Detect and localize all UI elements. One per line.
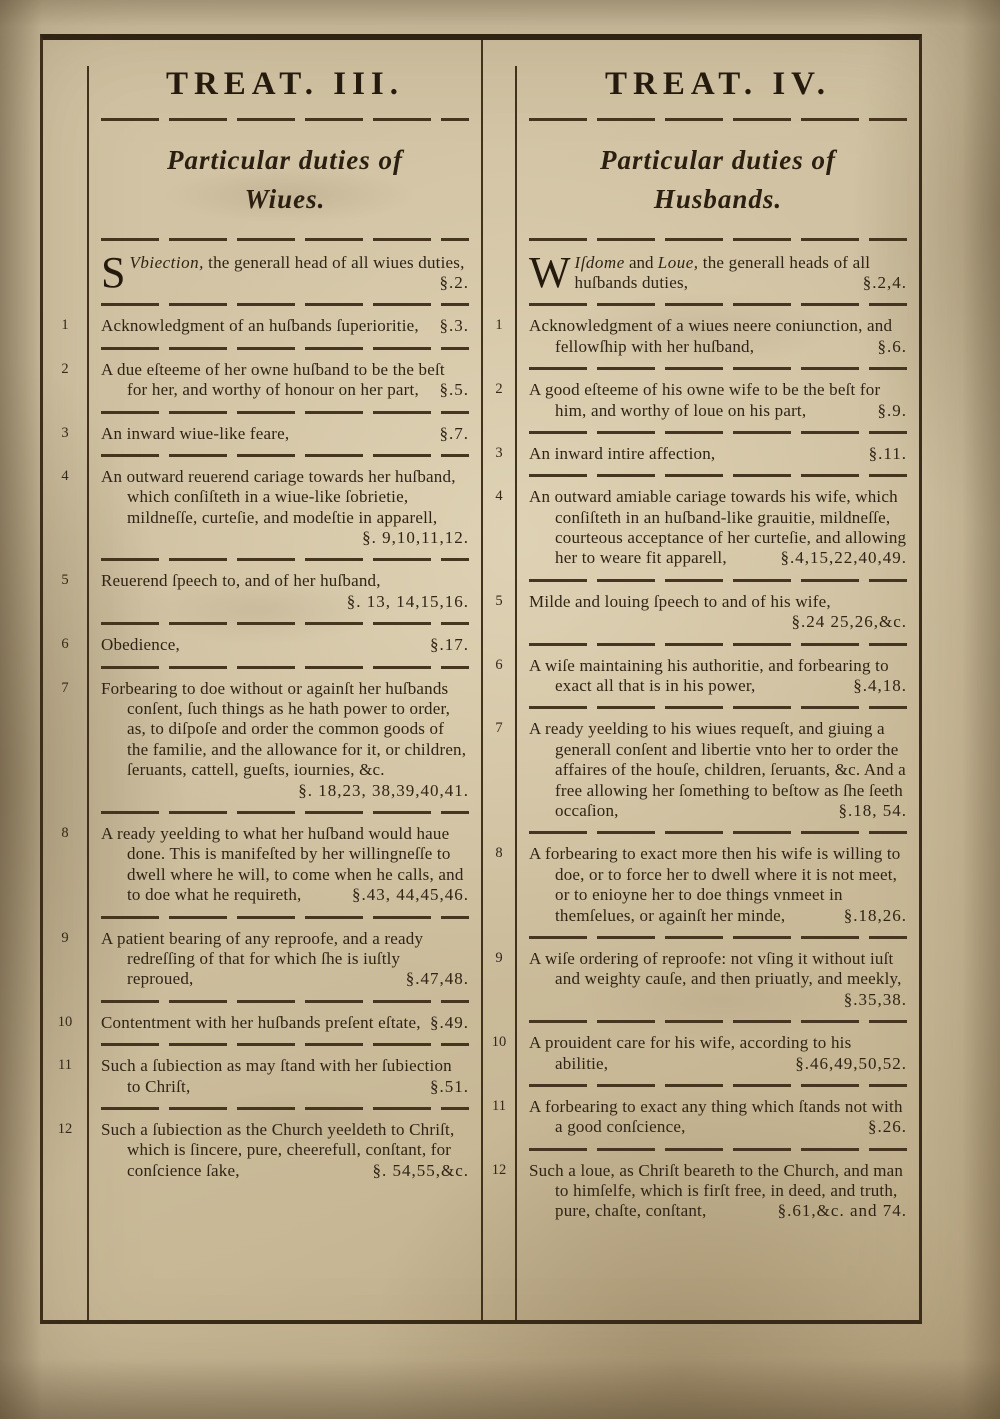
entry-text: An inward wiue-like feare,	[101, 424, 289, 443]
divider	[101, 622, 469, 625]
entry-text: Obedience,	[101, 635, 180, 654]
section-ref: §.2.	[440, 273, 470, 293]
section-ref: §.11.	[895, 444, 907, 464]
entry-text: A patient bearing of any reproofe, and a…	[101, 929, 423, 989]
toc-entry: 1 Acknowledgment of a wiues neere coniun…	[529, 303, 907, 357]
divider	[529, 118, 907, 121]
entry-number: 4	[43, 468, 87, 485]
entry-number: 8	[483, 845, 515, 862]
divider	[101, 347, 469, 350]
section-ref: §. 9,10,11,12.	[388, 528, 469, 548]
subtitle-line: Wiues.	[245, 184, 326, 214]
entry-number: 7	[43, 680, 87, 697]
entry-text: Contentment with her huſbands preſent eſ…	[101, 1013, 421, 1032]
subtitle-line: Particular duties of	[167, 145, 403, 175]
divider	[529, 238, 907, 241]
divider	[101, 1000, 469, 1003]
entry-text: A good eſteeme of his owne wife to be th…	[529, 380, 880, 419]
section-ref: §. 13, 14,15,16.	[373, 592, 469, 612]
toc-entry: 4 An outward reuerend cariage towards he…	[101, 454, 469, 549]
contents-table: TREAT. III. Particular duties of Wiues. …	[40, 34, 922, 1324]
entry-number: 2	[483, 381, 515, 398]
toc-entry: 1 Acknowledgment of an huſbands ſuperior…	[101, 303, 469, 336]
section-ref: §.7.	[466, 424, 470, 444]
toc-entry: 6 Obedience, §.17.	[101, 622, 469, 655]
toc-entry: 8 A forbearing to exact more then his wi…	[529, 831, 907, 926]
divider	[101, 454, 469, 457]
divider	[101, 666, 469, 669]
divider	[101, 1107, 469, 1110]
entry-number: 5	[483, 593, 515, 610]
section-ref: §.26.	[894, 1117, 907, 1137]
section-ref: §.24 25,26,&c.	[817, 612, 907, 632]
entry-text: Forbearing to doe without or againſt her…	[101, 679, 466, 780]
treatise-iv-column: TREAT. IV. Particular duties of Husbands…	[481, 40, 919, 1320]
entry-text: A due eſteeme of her owne huſband to be …	[101, 360, 445, 399]
section-ref: §.6.	[904, 337, 908, 357]
divider	[529, 706, 907, 709]
entry-number: 4	[483, 488, 515, 505]
toc-intro-entry: SVbiection, the generall head of all wiu…	[101, 238, 469, 294]
entry-text: Acknowledgment of an huſbands ſuperiorit…	[101, 316, 419, 335]
toc-entry: 11 A forbearing to exact any thing which…	[529, 1084, 907, 1138]
entry-number: 11	[43, 1057, 87, 1074]
entry-text: Acknowledgment of a wiues neere coniunct…	[529, 316, 892, 355]
toc-entry: 9 A wiſe ordering of reproofe: not vſing…	[529, 936, 907, 1010]
subtitle-line: Husbands.	[654, 184, 782, 214]
entry-number: 5	[43, 572, 87, 589]
section-ref: §.2,4.	[863, 273, 907, 293]
entry-text: A wiſe ordering of reproofe: not vſing i…	[529, 949, 902, 988]
toc-entry: 10 A prouident care for his wife, accord…	[529, 1020, 907, 1074]
divider	[529, 643, 907, 646]
divider	[529, 1084, 907, 1087]
column-subtitle: Particular duties of Wiues.	[101, 141, 469, 219]
intro-keyword: Vbiection,	[129, 253, 203, 272]
divider	[101, 558, 469, 561]
treatise-title: TREAT. IV.	[529, 66, 907, 102]
entry-number: 1	[43, 317, 87, 334]
treatise-iii-column: TREAT. III. Particular duties of Wiues. …	[43, 40, 481, 1320]
toc-entry: 2 A good eſteeme of his owne wife to be …	[529, 367, 907, 421]
toc-entry: 6 A wiſe maintaining his authoritie, and…	[529, 643, 907, 697]
divider	[529, 303, 907, 306]
entry-number: 11	[483, 1098, 515, 1115]
toc-entry: 12 Such a ſubiection as the Church yeeld…	[101, 1107, 469, 1181]
entry-text: A wiſe maintaining his authoritie, and f…	[529, 656, 889, 695]
intro-keyword: Loue,	[658, 253, 699, 272]
subtitle-line: Particular duties of	[600, 145, 836, 175]
section-ref: §.17.	[456, 635, 469, 655]
toc-entry: 7 Forbearing to doe without or againſt h…	[101, 666, 469, 801]
entry-number: 10	[483, 1034, 515, 1051]
entry-text: An outward reuerend cariage towards her …	[101, 467, 456, 527]
divider	[101, 411, 469, 414]
toc-entry: 5 Milde and louing ſpeech to and of his …	[529, 579, 907, 633]
section-ref: §.43, 44,45,46.	[378, 885, 469, 905]
entry-number: 12	[483, 1162, 515, 1179]
section-ref: §.4,15,22,40,49.	[807, 548, 908, 568]
toc-entry: 10 Contentment with her huſbands preſent…	[101, 1000, 469, 1033]
section-ref: §. 18,23, 38,39,40,41.	[324, 781, 469, 801]
treatise-title: TREAT. III.	[101, 66, 469, 102]
toc-entry: 3 An inward wiue-like feare, §.7.	[101, 411, 469, 444]
toc-entry: 8 A ready yeelding to what her huſband w…	[101, 811, 469, 906]
entry-text: Reuerend ſpeech to, and of her huſband,	[101, 571, 381, 590]
section-ref: §.61,&c. and 74.	[804, 1201, 907, 1221]
divider	[529, 579, 907, 582]
section-ref: §.5.	[466, 380, 470, 400]
entry-number: 1	[483, 317, 515, 334]
divider	[529, 1020, 907, 1023]
toc-entry: 4 An outward amiable cariage towards his…	[529, 474, 907, 569]
toc-entry: 12 Such a loue, as Chriſt beareth to the…	[529, 1148, 907, 1222]
column-subtitle: Particular duties of Husbands.	[529, 141, 907, 219]
entry-number: 6	[43, 636, 87, 653]
section-ref: §. 54,55,&c.	[398, 1161, 469, 1181]
divider	[101, 238, 469, 241]
section-ref: §.3.	[466, 316, 470, 336]
section-ref: §.49.	[456, 1013, 469, 1033]
toc-entry: 2 A due eſteeme of her owne huſband to b…	[101, 347, 469, 401]
entry-number: 9	[483, 950, 515, 967]
entry-number: 2	[43, 361, 87, 378]
entry-number: 3	[483, 445, 515, 462]
toc-entry: 11 Such a ſubiection as may ſtand with h…	[101, 1043, 469, 1097]
divider	[529, 431, 907, 434]
section-ref: §.46,49,50,52.	[821, 1054, 907, 1074]
section-ref: §.9.	[904, 401, 908, 421]
section-ref: §.18,26.	[870, 906, 907, 926]
divider	[101, 811, 469, 814]
divider	[101, 118, 469, 121]
divider	[529, 936, 907, 939]
entry-text: the generall head of all wiues duties,	[208, 253, 464, 272]
entry-number: 12	[43, 1121, 87, 1138]
entry-text: Such a ſubiection as may ſtand with her …	[101, 1056, 452, 1095]
section-ref: §.47,48.	[432, 969, 469, 989]
divider	[101, 303, 469, 306]
toc-entry: 7 A ready yeelding to his wiues requeſt,…	[529, 706, 907, 821]
divider	[101, 1043, 469, 1046]
entry-number: 8	[43, 825, 87, 842]
entry-text: An inward intire affection,	[529, 444, 715, 463]
toc-entry: 5 Reuerend ſpeech to, and of her huſband…	[101, 558, 469, 612]
entry-text: Milde and louing ſpeech to and of his wi…	[529, 592, 831, 611]
divider	[529, 1148, 907, 1151]
section-ref: §.35,38.	[870, 990, 907, 1010]
intro-keyword: Iſdome	[575, 253, 625, 272]
entry-text: A forbearing to exact any thing which ſt…	[529, 1097, 903, 1136]
entry-number: 9	[43, 930, 87, 947]
toc-entry: 9 A patient bearing of any reproofe, and…	[101, 916, 469, 990]
section-ref: §.4,18.	[879, 676, 907, 696]
entry-number: 6	[483, 657, 515, 674]
divider	[529, 831, 907, 834]
divider	[529, 474, 907, 477]
drop-cap: W	[529, 253, 575, 290]
divider	[529, 367, 907, 370]
entry-number: 3	[43, 425, 87, 442]
book-page: TREAT. III. Particular duties of Wiues. …	[0, 0, 1000, 1419]
intro-connector: and	[629, 253, 654, 272]
divider	[101, 916, 469, 919]
section-ref: §.18, 54.	[865, 801, 908, 821]
drop-cap: S	[101, 253, 129, 290]
entry-number: 10	[43, 1014, 87, 1031]
entry-number: 7	[483, 720, 515, 737]
toc-entry: 3 An inward intire affection, §.11.	[529, 431, 907, 464]
section-ref: §.51.	[456, 1077, 469, 1097]
toc-intro-entry: WIſdome and Loue, the generall heads of …	[529, 238, 907, 294]
